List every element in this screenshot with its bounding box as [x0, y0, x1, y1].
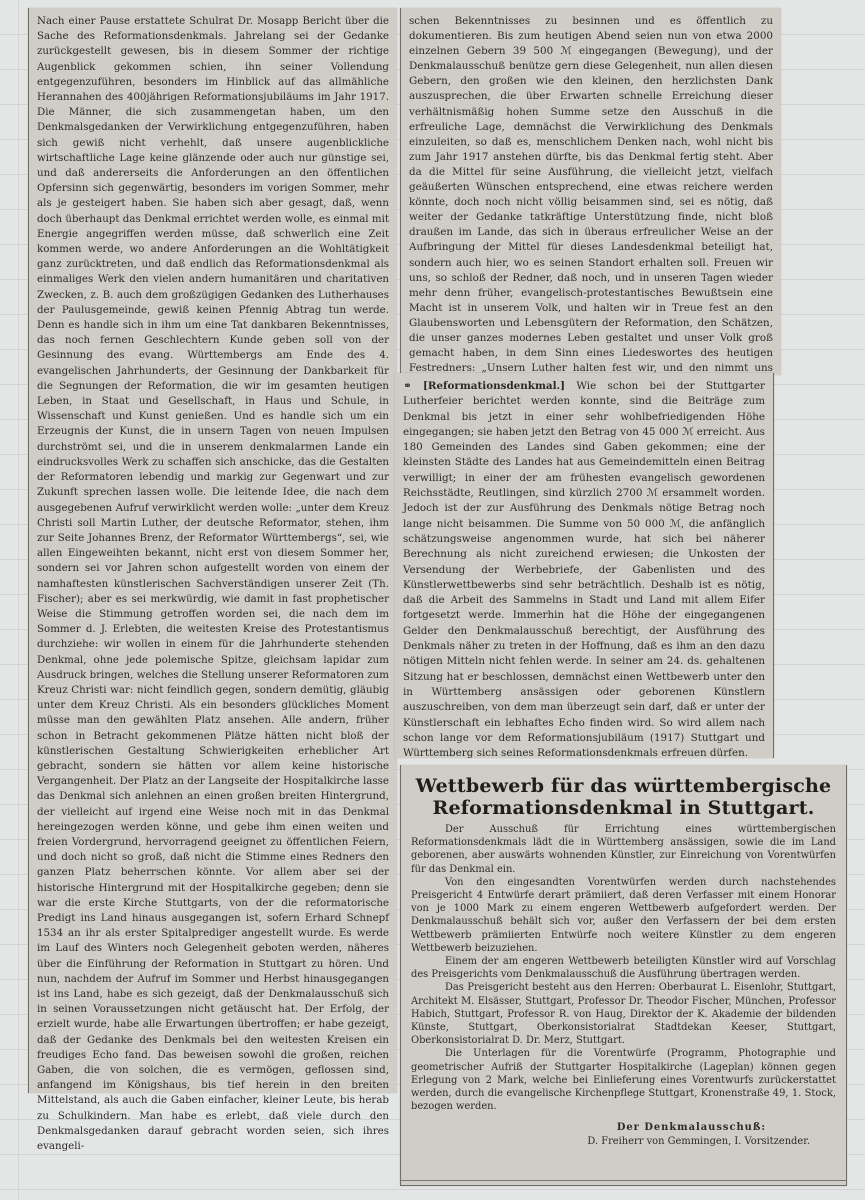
announcement-title: Wettbewerb für das württembergische Refo… — [411, 775, 836, 819]
clipping-left-column: Nach einer Pause erstattete Schulrat Dr.… — [28, 8, 397, 1093]
title-line-2: Reformationsdenkmal in Stuttgart. — [411, 797, 836, 819]
announcement-paragraph: Der Ausschuß für Errichtung eines württe… — [411, 823, 836, 876]
announcement-paragraph: Einem der am engeren Wettbewerb beteilig… — [411, 955, 836, 981]
article-paragraph: schen Bekenntnisses zu besinnen und es ö… — [409, 14, 773, 391]
notice-heading: [Reformationsdenkmal.] — [423, 380, 565, 392]
bottom-rule — [401, 1180, 846, 1181]
notice-paragraph: ⚭ [Reformationsdenkmal.] Wie schon bei d… — [403, 379, 765, 761]
announcement-body: Wettbewerb für das württembergische Refo… — [411, 771, 836, 1177]
signature: D. Freiherr von Gemmingen, I. Vorsitzend… — [411, 1135, 810, 1148]
clipping-competition-announcement: Wettbewerb für das württembergische Refo… — [400, 765, 847, 1186]
album-margin-line — [18, 0, 19, 1200]
article-text-right-top: schen Bekenntnisses zu besinnen und es ö… — [409, 14, 773, 369]
title-line-1: Wettbewerb für das württembergische — [411, 775, 836, 797]
clipping-right-top: schen Bekenntnisses zu besinnen und es ö… — [400, 8, 781, 375]
announcement-paragraph: Die Unterlagen für die Vorentwürfe (Prog… — [411, 1047, 836, 1113]
announcement-paragraph: Von den eingesandten Vorentwürfen werden… — [411, 876, 836, 955]
announcement-paragraph: Das Preisgericht besteht aus den Herren:… — [411, 981, 836, 1047]
clipping-reformationsdenkmal-notice: ⚭ [Reformationsdenkmal.] Wie schon bei d… — [395, 373, 774, 758]
signature-heading: Der Denkmalausschuß: — [411, 1121, 766, 1134]
article-paragraph: Nach einer Pause erstattete Schulrat Dr.… — [37, 14, 389, 1154]
article-text-left: Nach einer Pause erstattete Schulrat Dr.… — [37, 14, 389, 1087]
notice-text: ⚭ [Reformationsdenkmal.] Wie schon bei d… — [403, 379, 765, 752]
section-marker-icon: ⚭ — [403, 380, 412, 392]
notice-body: Wie schon bei der Stuttgarter Lutherfeie… — [403, 380, 765, 759]
